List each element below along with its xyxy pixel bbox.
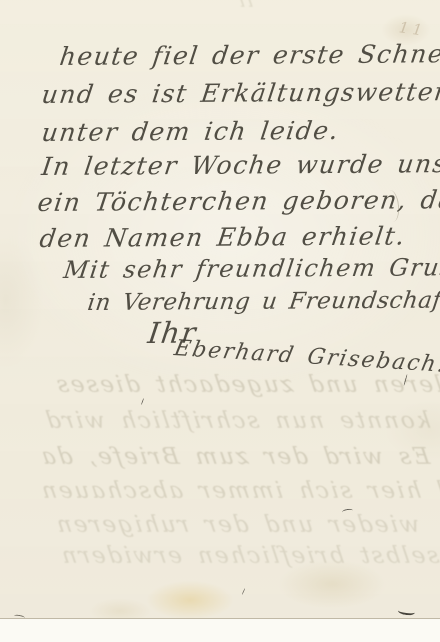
page-number-pencil: 11 [398,18,427,40]
bleedthrough-fragment: il [234,0,254,12]
ink-speck [403,374,407,386]
ink-speck [242,588,246,595]
letter-line: heute fiel der erste Schnee, [58,39,440,71]
letter-line: und es ist Erkältungswetter [40,77,440,109]
closing-greeting: in Verehrung u Freundschaft [86,287,440,316]
letter-line: den Namen Ebba erhielt. [38,221,408,253]
ink-speck [141,398,144,405]
ink-speck [398,607,416,616]
letter-line: unter dem ich leide. [40,116,341,147]
ink-speck [342,508,354,515]
signature: Eberhard Grisebach. [172,336,440,378]
bleedthrough-line: dunkleren und zugedacht dieses [53,372,440,398]
bleedthrough-line: und hier sich immer abschauen [38,478,440,504]
letter-line: ein Töchterchen geboren, das [36,185,440,217]
closing-greeting: Mit sehr freundlichem Gruss [62,253,440,284]
bleedthrough-line: selbst brieflichen erwidern [58,543,440,569]
bleedthrough-line: wieder und der ruhigeren [53,512,421,538]
paper-sheet: dunkleren und zugedacht dieses konnte nu… [0,0,440,619]
bleedthrough-line: konnte nun schriftlich wird [42,408,432,434]
scanner-backing [0,619,440,642]
letter-line: In letzter Woche wurde uns [40,149,440,181]
letter-scan: dunkleren und zugedacht dieses konnte nu… [0,0,440,642]
bleedthrough-line: Es wird der zum Briefe, da [38,444,431,470]
